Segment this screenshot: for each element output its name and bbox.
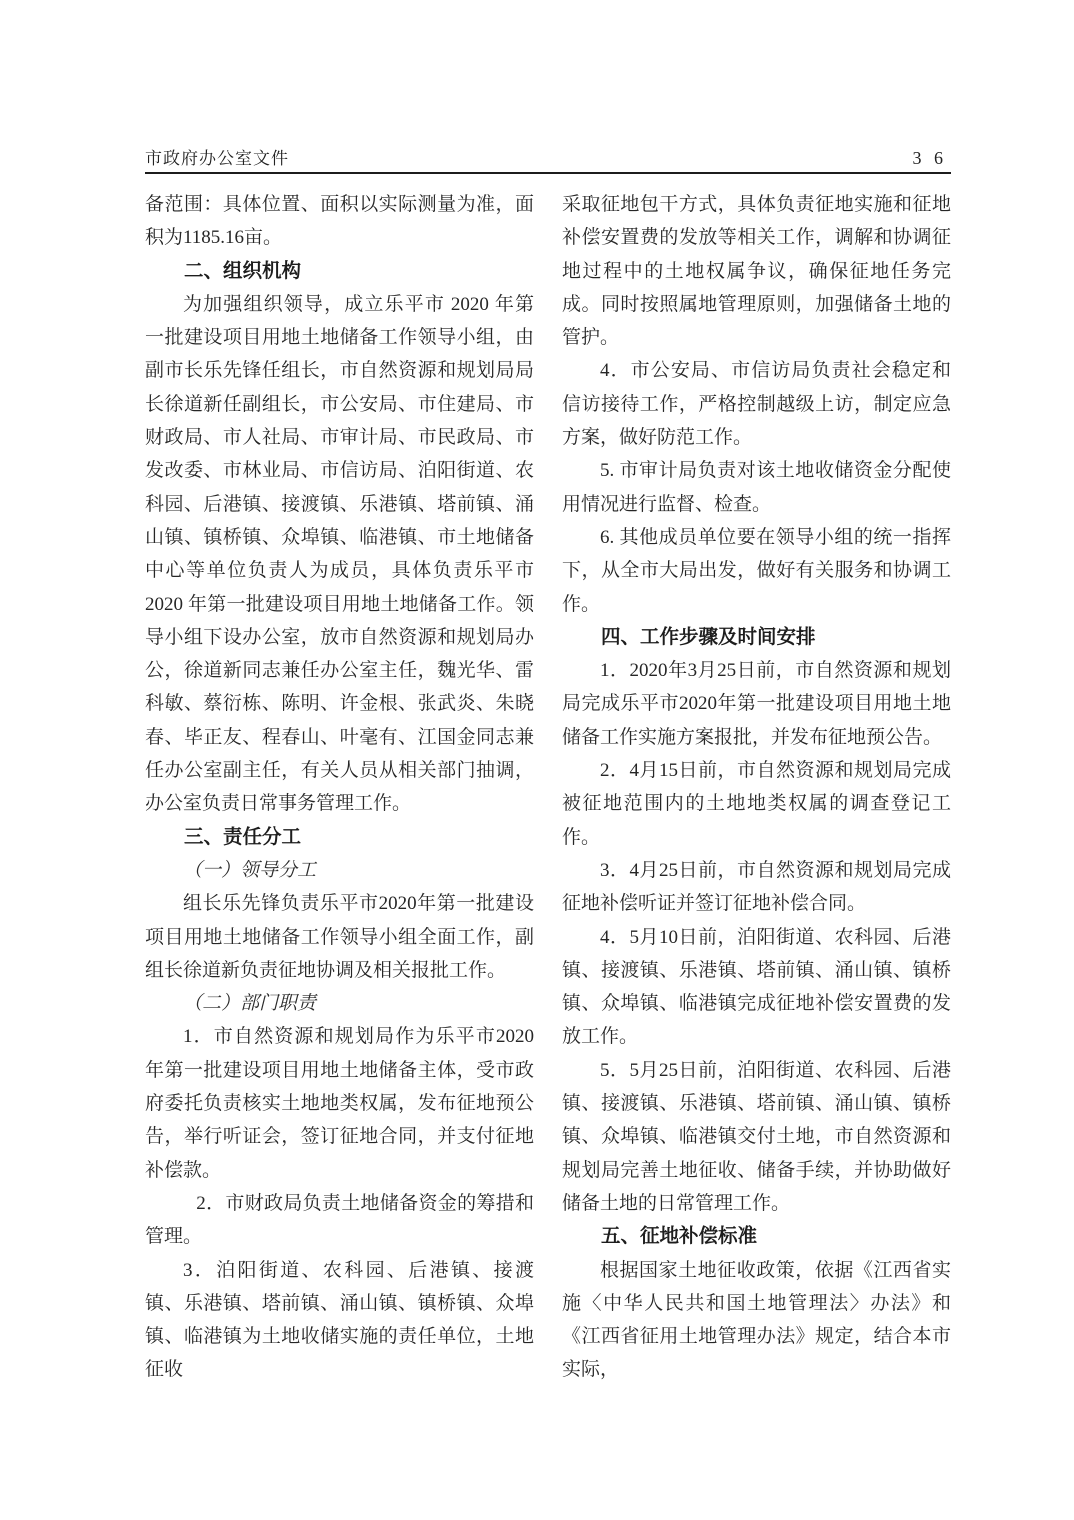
section-heading-responsibility: 三、责任分工 (145, 821, 534, 854)
document-page: 市政府办公室文件 3 6 备范围：具体位置、面积以实际测量为准，面积为1185.… (0, 0, 1074, 1520)
header-page-number: 3 6 (913, 148, 952, 169)
paragraph-scope-continued: 备范围：具体位置、面积以实际测量为准，面积为1185.16亩。 (145, 188, 534, 255)
paragraph-step-5: 5．5月25日前，泊阳街道、农科园、后港镇、接渡镇、乐港镇、塔前镇、涌山镇、镇桥… (562, 1054, 951, 1220)
paragraph-step-1: 1．2020年3月25日前，市自然资源和规划局完成乐平市2020年第一批建设项目… (562, 654, 951, 754)
paragraph-item-1-natural-resources: 1．市自然资源和规划局作为乐平市2020年第一批建设项目用地土地储备主体，受市政… (145, 1020, 534, 1186)
section-heading-organization: 二、组织机构 (145, 255, 534, 288)
paragraph-compensation-basis: 根据国家土地征收政策，依据《江西省实施〈中华人民共和国土地管理法〉办法》和《江西… (562, 1254, 951, 1387)
paragraph-item-3-continued: 采取征地包干方式，具体负责征地实施和征地补偿安置费的发放等相关工作，调解和协调征… (562, 188, 951, 354)
paragraph-item-3-townships: 3．泊阳街道、农科园、后港镇、接渡镇、乐港镇、塔前镇、涌山镇、镇桥镇、众埠镇、临… (145, 1254, 534, 1387)
paragraph-item-2-finance: 2．市财政局负责土地储备资金的筹措和管理。 (145, 1187, 534, 1254)
left-column: 备范围：具体位置、面积以实际测量为准，面积为1185.16亩。 二、组织机构 为… (145, 188, 534, 1387)
subsection-heading-department-duties: （二）部门职责 (145, 987, 534, 1020)
paragraph-item-5-audit: 5. 市审计局负责对该土地收储资金分配使用情况进行监督、检查。 (562, 454, 951, 521)
paragraph-step-4: 4．5月10日前，泊阳街道、农科园、后港镇、接渡镇、乐港镇、塔前镇、涌山镇、镇桥… (562, 921, 951, 1054)
document-body: 备范围：具体位置、面积以实际测量为准，面积为1185.16亩。 二、组织机构 为… (145, 188, 951, 1387)
subsection-heading-leader-division: （一）领导分工 (145, 854, 534, 887)
right-column: 采取征地包干方式，具体负责征地实施和征地补偿安置费的发放等相关工作，调解和协调征… (562, 188, 951, 1387)
paragraph-leading-group: 为加强组织领导，成立乐平市 2020 年第一批建设项目用地土地储备工作领导小组，… (145, 288, 534, 821)
header-doc-label: 市政府办公室文件 (145, 144, 289, 169)
paragraph-step-3: 3．4月25日前，市自然资源和规划局完成征地补偿听证并签订征地补偿合同。 (562, 854, 951, 921)
paragraph-leader-duties: 组长乐先锋负责乐平市2020年第一批建设项目用地土地储备工作领导小组全面工作，副… (145, 887, 534, 987)
paragraph-step-2: 2．4月15日前，市自然资源和规划局完成被征地范围内的土地地类权属的调查登记工作… (562, 754, 951, 854)
page-header: 市政府办公室文件 3 6 (145, 144, 951, 174)
section-heading-compensation-standard: 五、征地补偿标准 (562, 1220, 951, 1253)
paragraph-item-4-public-security: 4．市公安局、市信访局负责社会稳定和信访接待工作，严格控制越级上访，制定应急方案… (562, 354, 951, 454)
section-heading-work-steps: 四、工作步骤及时间安排 (562, 621, 951, 654)
paragraph-item-6-other-members: 6. 其他成员单位要在领导小组的统一指挥下，从全市大局出发，做好有关服务和协调工… (562, 521, 951, 621)
